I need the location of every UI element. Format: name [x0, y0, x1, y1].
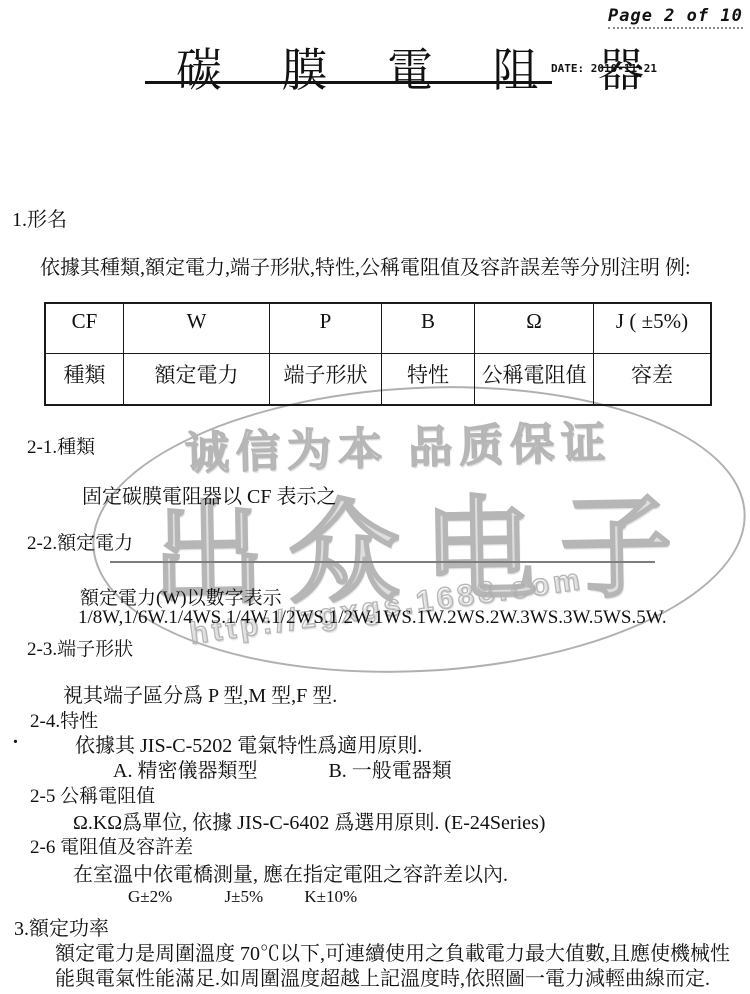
table-label-cell: 容差: [594, 354, 710, 404]
section-2-2-heading: 2-2.額定電力: [27, 528, 133, 555]
section-2-2-line2: 1/8W,1/6W.1/4WS.1/4W.1/2WS.1/2W.1WS.1W.2…: [78, 607, 667, 629]
table-code-cell: B: [382, 304, 475, 354]
stray-period: .: [13, 726, 18, 749]
section-2-1-body: 固定碳膜電阻器以 CF 表示之: [82, 480, 336, 509]
table-label-cell: 特性: [382, 354, 475, 404]
table-code-cell: J ( ±5%): [594, 304, 710, 354]
option-a: A. 精密儀器類型: [113, 760, 257, 782]
section-2-3-body: 視其端子區分爲 P 型,M 型,F 型.: [63, 679, 337, 708]
table-code-cell: Ω: [475, 304, 594, 354]
option-b: B. 一般電器類: [328, 760, 451, 782]
horizontal-rule: [110, 561, 655, 563]
page-number: Page 2 of 10: [608, 6, 743, 29]
section-2-6-heading: 2-6 電阻值及容許差: [30, 832, 193, 859]
section-2-1-heading: 2-1.種類: [27, 432, 95, 459]
watermark-slogan: 诚信为本 品质保证: [184, 406, 613, 481]
section-2-5-body: Ω.KΩ爲單位, 依據 JIS-C-6402 爲選用原則. (E-24Serie…: [73, 806, 545, 835]
section-1-heading: 1.形名: [12, 203, 67, 232]
tolerance-list: G±2% J±5% K±10%: [128, 887, 357, 907]
section-2-3-heading: 2-3.端子形狀: [27, 634, 133, 661]
table-label-cell: 種類: [46, 354, 124, 404]
section-2-4-options: A. 精密儀器類型 B. 一般電器類: [113, 754, 452, 783]
title-underline: [145, 81, 552, 84]
tolerance-k: K±10%: [304, 887, 357, 907]
section-3-line2: 能與電氣性能滿足.如周圍溫度超越上記溫度時,依照圖一電力減輕曲線而定.: [55, 962, 710, 991]
watermark-ellipse: [85, 370, 750, 689]
document-date: DATE: 2010-11-21: [551, 62, 657, 75]
section-2-6-body: 在室溫中依電橋測量, 應在指定電阻之容許差以內.: [73, 858, 508, 887]
table-code-cell: P: [270, 304, 382, 354]
section-2-5-heading: 2-5 公稱電阻值: [30, 781, 155, 808]
section-1-intro: 依據其種類,額定電力,端子形狀,特性,公稱電阻值及容許誤差等分別注明 例:: [40, 251, 691, 280]
table-code-cell: W: [124, 304, 270, 354]
tolerance-g: G±2%: [128, 887, 172, 907]
table-label-cell: 額定電力: [124, 354, 270, 404]
tolerance-j: J±5%: [225, 887, 264, 907]
table-code-cell: CF: [46, 304, 124, 354]
document-page: 诚信为本 品质保证 出众电子 http://zgxgs.1688.com Pag…: [0, 0, 750, 994]
section-2-2-line1: 額定電力(W)以數字表示: [80, 583, 282, 610]
table-label-cell: 端子形狀: [270, 354, 382, 404]
table-label-cell: 公稱電阻值: [475, 354, 594, 404]
designation-table: CF W P B Ω J ( ±5%) 種類 額定電力 端子形狀 特性 公稱電阻…: [44, 302, 712, 406]
